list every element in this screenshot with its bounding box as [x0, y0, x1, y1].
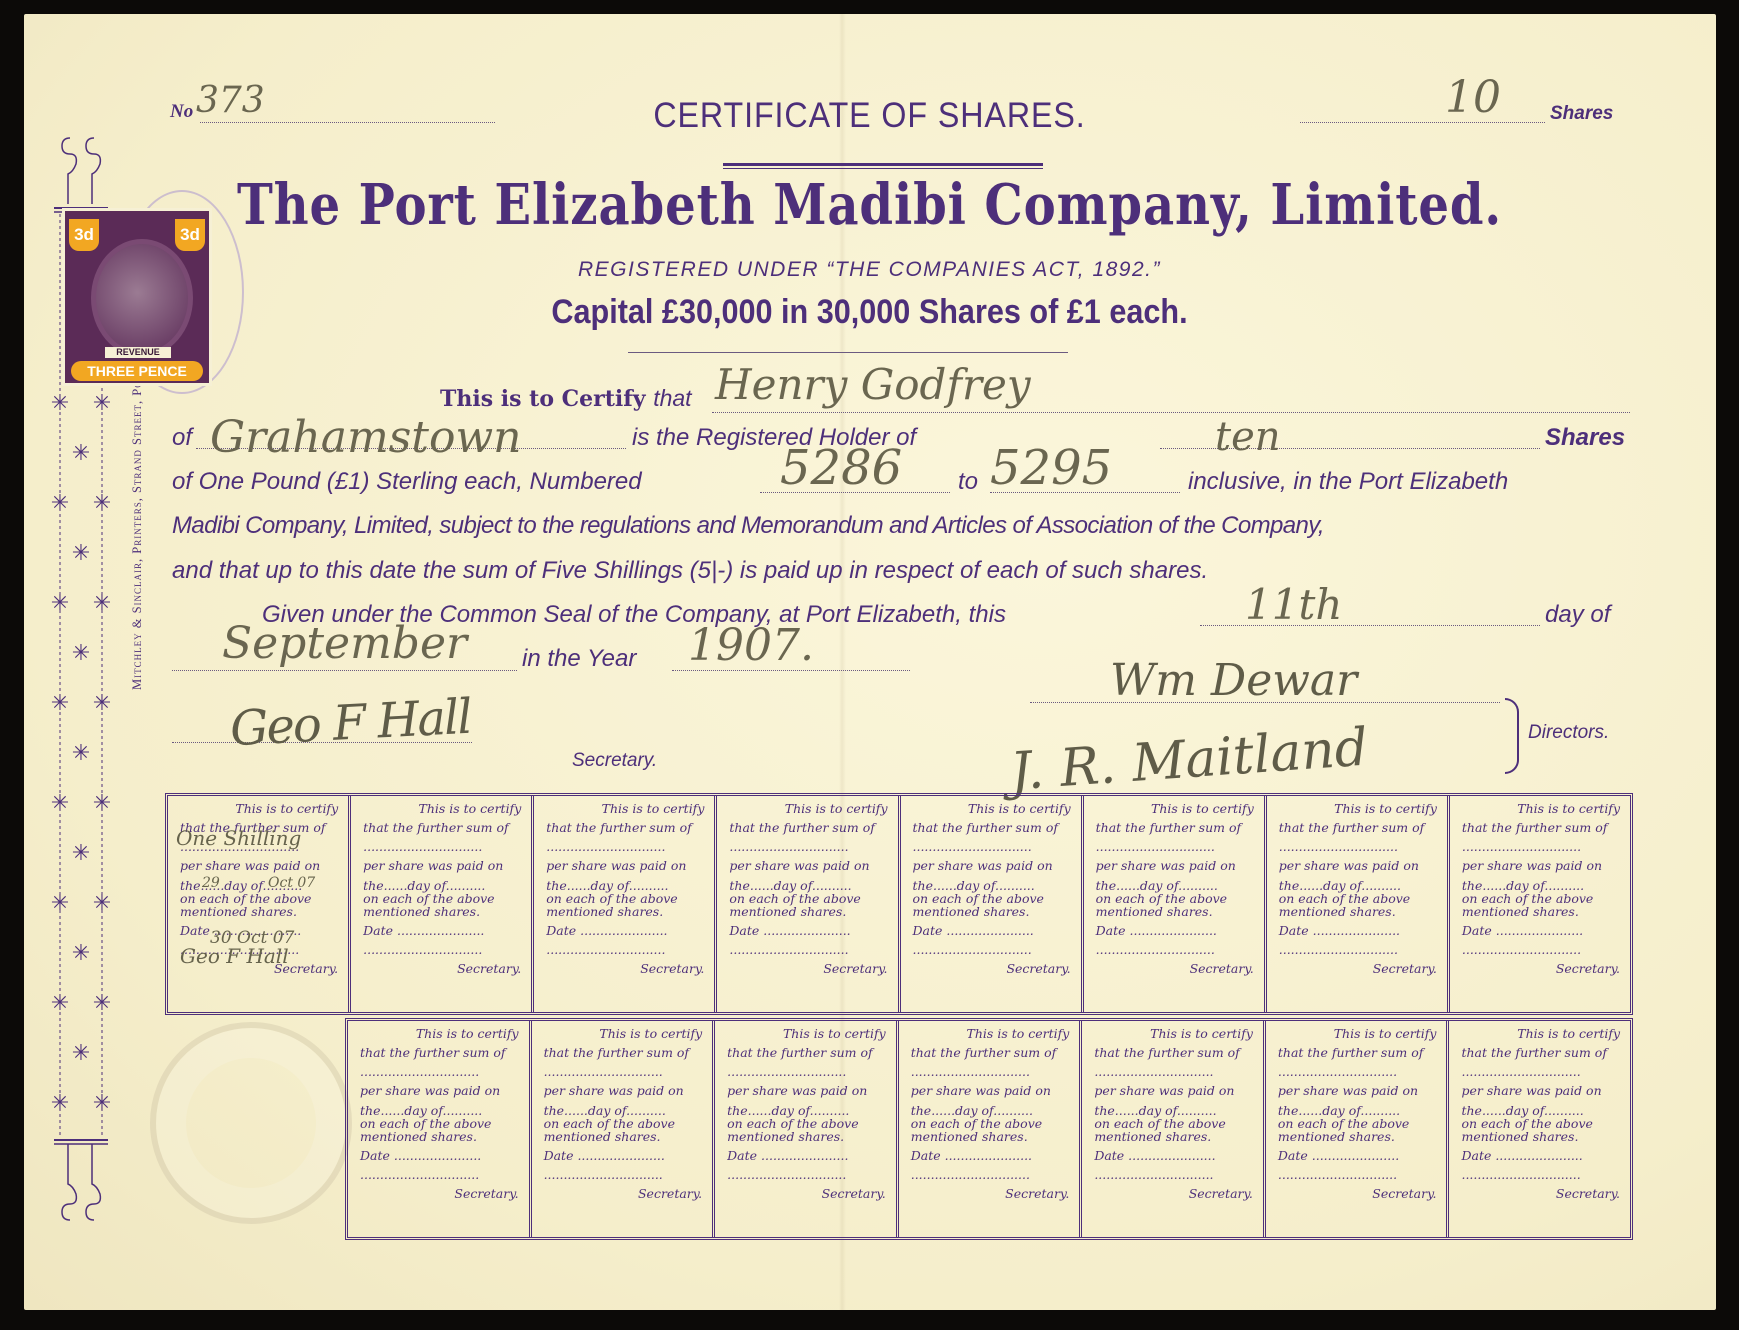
to-label: to [958, 468, 978, 496]
shares-count: 10 [1445, 72, 1501, 123]
document-title: CERTIFICATE OF SHARES. [70, 96, 1670, 136]
month-value: September [222, 618, 467, 669]
stamp-denomination: THREE PENCE [71, 361, 203, 381]
registration-note: REGISTERED UNDER “THE COMPANIES ACT, 189… [0, 258, 1739, 282]
directors-label: Directors. [1528, 722, 1609, 744]
svg-text:✳: ✳ [51, 890, 69, 915]
payment-cell: This is to certify that the further sum … [715, 1021, 899, 1237]
capital-rule [628, 352, 1068, 353]
shares-label: Shares [1550, 103, 1613, 125]
payment-cell: This is to certify that the further sum … [1082, 1021, 1266, 1237]
of-label: of [172, 424, 192, 452]
svg-text:✳: ✳ [72, 440, 90, 465]
payment-cell: This is to certify that the further sum … [1266, 1021, 1450, 1237]
stamp-revenue-label: REVENUE [105, 347, 171, 358]
payment-cell: This is to certify that the further sum … [532, 1021, 716, 1237]
holder-name-line [712, 412, 1630, 413]
shares-line [1300, 122, 1545, 123]
in-the-year-label: in the Year [522, 645, 636, 673]
payment-cell: This is to certify that the further sum … [1267, 796, 1450, 1012]
stamp-corner-value: 3d [69, 219, 99, 251]
svg-text:✳: ✳ [72, 540, 90, 565]
number-to: 5295 [990, 440, 1112, 496]
year-value: 1907. [688, 620, 814, 671]
day-of-label: day of [1545, 601, 1610, 629]
director1-signature: Wm Dewar [1110, 655, 1357, 706]
company-name: The Port Elizabeth Madibi Company, Limit… [122, 172, 1618, 238]
payment-cell: This is to certify that the further sum … [168, 796, 351, 1012]
svg-text:✳: ✳ [51, 490, 69, 515]
svg-text:✳: ✳ [93, 390, 111, 415]
day-value: 11th [1245, 580, 1342, 629]
svg-text:✳: ✳ [93, 1090, 111, 1115]
svg-text:✳: ✳ [51, 1090, 69, 1115]
certify-lead: This is to Certify that [440, 385, 692, 412]
line4: Madibi Company, Limited, subject to the … [172, 512, 1324, 540]
title-rule [723, 163, 1043, 169]
svg-text:✳: ✳ [72, 840, 90, 865]
line5: and that up to this date the sum of Five… [172, 557, 1208, 585]
svg-text:✳: ✳ [51, 690, 69, 715]
shares-words: ten [1215, 414, 1281, 460]
payment-grid-bottom: This is to certify that the further sum … [345, 1018, 1633, 1240]
svg-text:✳: ✳ [72, 940, 90, 965]
company-seal [150, 1022, 352, 1224]
line3-post: inclusive, in the Port Elizabeth [1188, 468, 1508, 496]
filled-sum: One Shilling [176, 828, 301, 849]
svg-text:✳: ✳ [93, 590, 111, 615]
payment-cell: This is to certify that the further sum … [534, 796, 717, 1012]
payment-cell: This is to certify that the further sum … [351, 796, 534, 1012]
payment-cell: This is to certify that the further sum … [1450, 796, 1630, 1012]
directors-brace [1505, 698, 1519, 774]
filled-secretary-signature: Geo F Hall [180, 946, 289, 967]
capital-statement: Capital £30,000 in 30,000 Shares of £1 e… [87, 293, 1652, 332]
shares-word: Shares [1545, 424, 1625, 452]
svg-text:✳: ✳ [93, 890, 111, 915]
payment-cell: This is to certify that the further sum … [348, 1021, 532, 1237]
payment-cell: This is to certify that the further sum … [717, 796, 900, 1012]
svg-text:✳: ✳ [72, 1040, 90, 1065]
payment-cell: This is to certify that the further sum … [901, 796, 1084, 1012]
svg-text:✳: ✳ [72, 740, 90, 765]
filled-day: 29 [202, 876, 220, 891]
line3-pre: of One Pound (£1) Sterling each, Numbere… [172, 468, 642, 496]
svg-text:✳: ✳ [51, 590, 69, 615]
holder-name: Henry Godfrey [715, 360, 1031, 409]
secretary-label: Secretary. [572, 750, 657, 772]
number-from: 5286 [780, 440, 902, 496]
svg-text:✳: ✳ [93, 790, 111, 815]
payment-cell: This is to certify that the further sum … [1084, 796, 1267, 1012]
holder-town: Grahamstown [210, 412, 521, 463]
svg-text:✳: ✳ [51, 990, 69, 1015]
svg-text:✳: ✳ [93, 490, 111, 515]
payment-grid-top: This is to certify that the further sum … [165, 793, 1633, 1015]
svg-text:✳: ✳ [51, 390, 69, 415]
filled-month: Oct 07 [268, 876, 315, 891]
svg-text:✳: ✳ [51, 790, 69, 815]
payment-cell: This is to certify that the further sum … [1449, 1021, 1630, 1237]
svg-text:✳: ✳ [72, 640, 90, 665]
payment-cell: This is to certify that the further sum … [899, 1021, 1083, 1237]
month-line [172, 670, 517, 671]
svg-text:✳: ✳ [93, 690, 111, 715]
svg-text:✳: ✳ [93, 990, 111, 1015]
